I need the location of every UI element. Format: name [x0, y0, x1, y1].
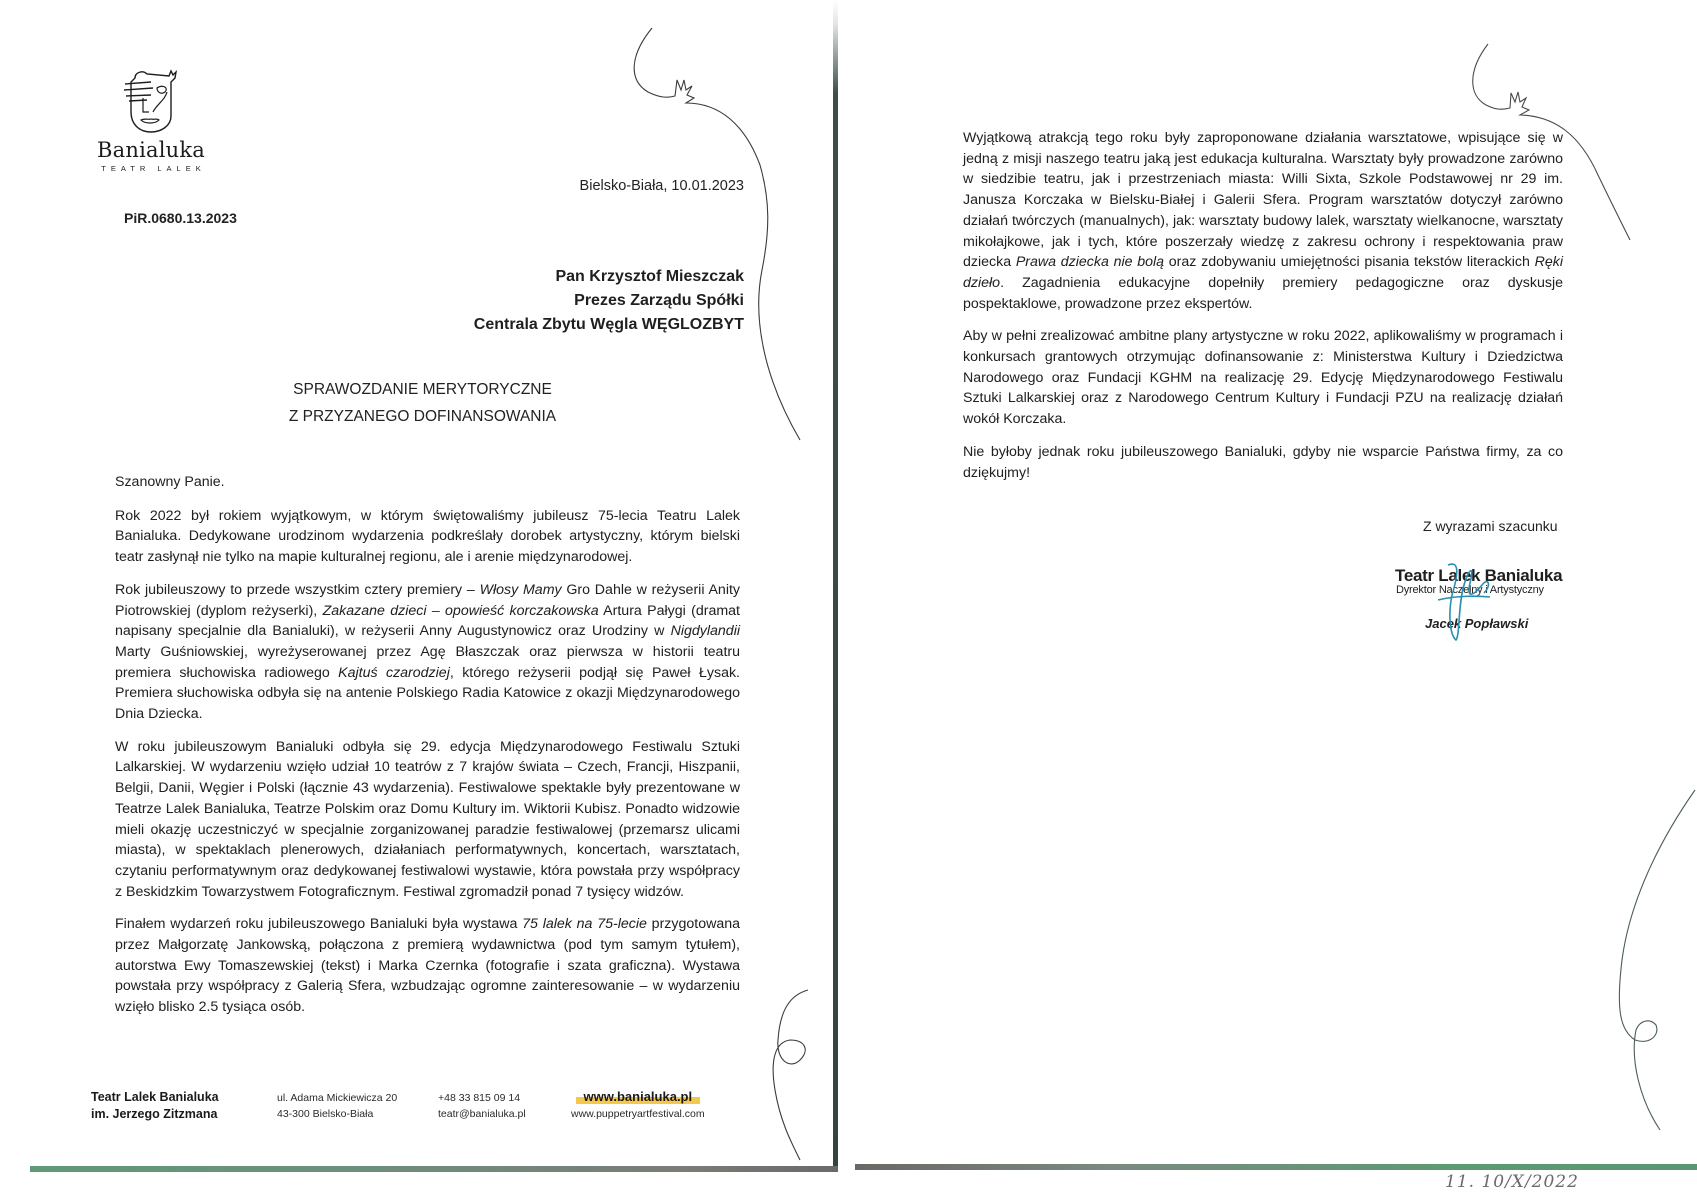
paragraph: W roku jubileuszowym Banialuki odbyła si… — [115, 737, 740, 903]
paragraph: Finałem wydarzeń roku jubileuszowego Ban… — [115, 914, 740, 1018]
footer-org-name: Teatr Lalek Banialuka — [91, 1089, 219, 1106]
footer-address: ul. Adama Mickiewicza 20 43-300 Bielsko-… — [277, 1090, 397, 1122]
scan-edge — [30, 1166, 838, 1172]
addressee-company: Centrala Zbytu Węgla WĘGLOZBYT — [474, 313, 744, 337]
closing-phrase: Z wyrazami szacunku — [1423, 518, 1558, 534]
work-title: 75 lalek na 75-lecie — [522, 916, 647, 932]
footer-contact: +48 33 815 09 14 teatr@banialuka.pl — [438, 1090, 526, 1122]
letter-page-1: Banialuka TEATR LALEK PiR.0680.13.2023 B… — [0, 0, 850, 1200]
paragraph: Aby w pełni zrealizować ambitne plany ar… — [963, 326, 1563, 430]
title-line-2: Z PRZYZANEGO DOFINANSOWANIA — [0, 403, 850, 430]
footer-website-main[interactable]: www.banialuka.pl — [580, 1089, 697, 1105]
letter-page-2: Wyjątkową atrakcją tego roku były zaprop… — [850, 0, 1697, 1200]
work-title: Prawa dziecka nie bolą — [1016, 254, 1164, 270]
work-title: Kajtuś czarodziej — [338, 665, 450, 681]
footer-organization: Teatr Lalek Banialuka im. Jerzego Zitzma… — [91, 1089, 219, 1122]
handwritten-signature-icon — [1430, 555, 1500, 645]
greeting: Szanowny Panie. — [115, 472, 740, 493]
addressee-block: Pan Krzysztof Mieszczak Prezes Zarządu S… — [474, 265, 744, 337]
footer-websites: www.banialuka.pl www.puppetryartfestival… — [571, 1089, 705, 1122]
banialuka-logo: Banialuka TEATR LALEK — [96, 68, 206, 173]
place-date: Bielsko-Biała, 10.01.2023 — [580, 178, 744, 194]
handwritten-note: 11. 10/X/2022 — [1445, 1172, 1579, 1192]
footer-city: 43-300 Bielsko-Biała — [277, 1106, 397, 1122]
footer-email[interactable]: teatr@banialuka.pl — [438, 1106, 526, 1122]
footer-street: ul. Adama Mickiewicza 20 — [277, 1090, 397, 1106]
logo-name: Banialuka — [96, 138, 206, 162]
work-title: Włosy Mamy — [480, 582, 562, 598]
logo-subtitle: TEATR LALEK — [101, 164, 206, 173]
letter-body-page-2: Wyjątkową atrakcją tego roku były zaprop… — [963, 128, 1563, 495]
work-title: Zakazane dzieci – opowieść korczakowska — [323, 603, 599, 619]
reference-number: PiR.0680.13.2023 — [124, 210, 237, 226]
paragraph: Nie byłoby jednak roku jubileuszowego Ba… — [963, 442, 1563, 483]
footer-phone: +48 33 815 09 14 — [438, 1090, 526, 1106]
addressee-name: Pan Krzysztof Mieszczak — [474, 265, 744, 289]
work-title: Nigdylandii — [671, 623, 740, 639]
paragraph: Rok jubileuszowy to przede wszystkim czt… — [115, 580, 740, 725]
footer-org-patron: im. Jerzego Zitzmana — [91, 1106, 219, 1123]
document-title: SPRAWOZDANIE MERYTORYCZNE Z PRZYZANEGO D… — [0, 376, 850, 430]
scan-edge — [833, 0, 838, 1172]
title-line-1: SPRAWOZDANIE MERYTORYCZNE — [0, 376, 850, 403]
paragraph: Rok 2022 był rokiem wyjątkowym, w którym… — [115, 506, 740, 568]
paragraph: Wyjątkową atrakcją tego roku były zaprop… — [963, 128, 1563, 314]
footer-website-festival[interactable]: www.puppetryartfestival.com — [571, 1106, 705, 1122]
letter-body-page-1: Szanowny Panie. Rok 2022 był rokiem wyją… — [115, 472, 740, 1030]
addressee-position: Prezes Zarządu Spółki — [474, 289, 744, 313]
face-hand-logo-icon — [121, 68, 181, 134]
scan-edge — [855, 1164, 1697, 1170]
